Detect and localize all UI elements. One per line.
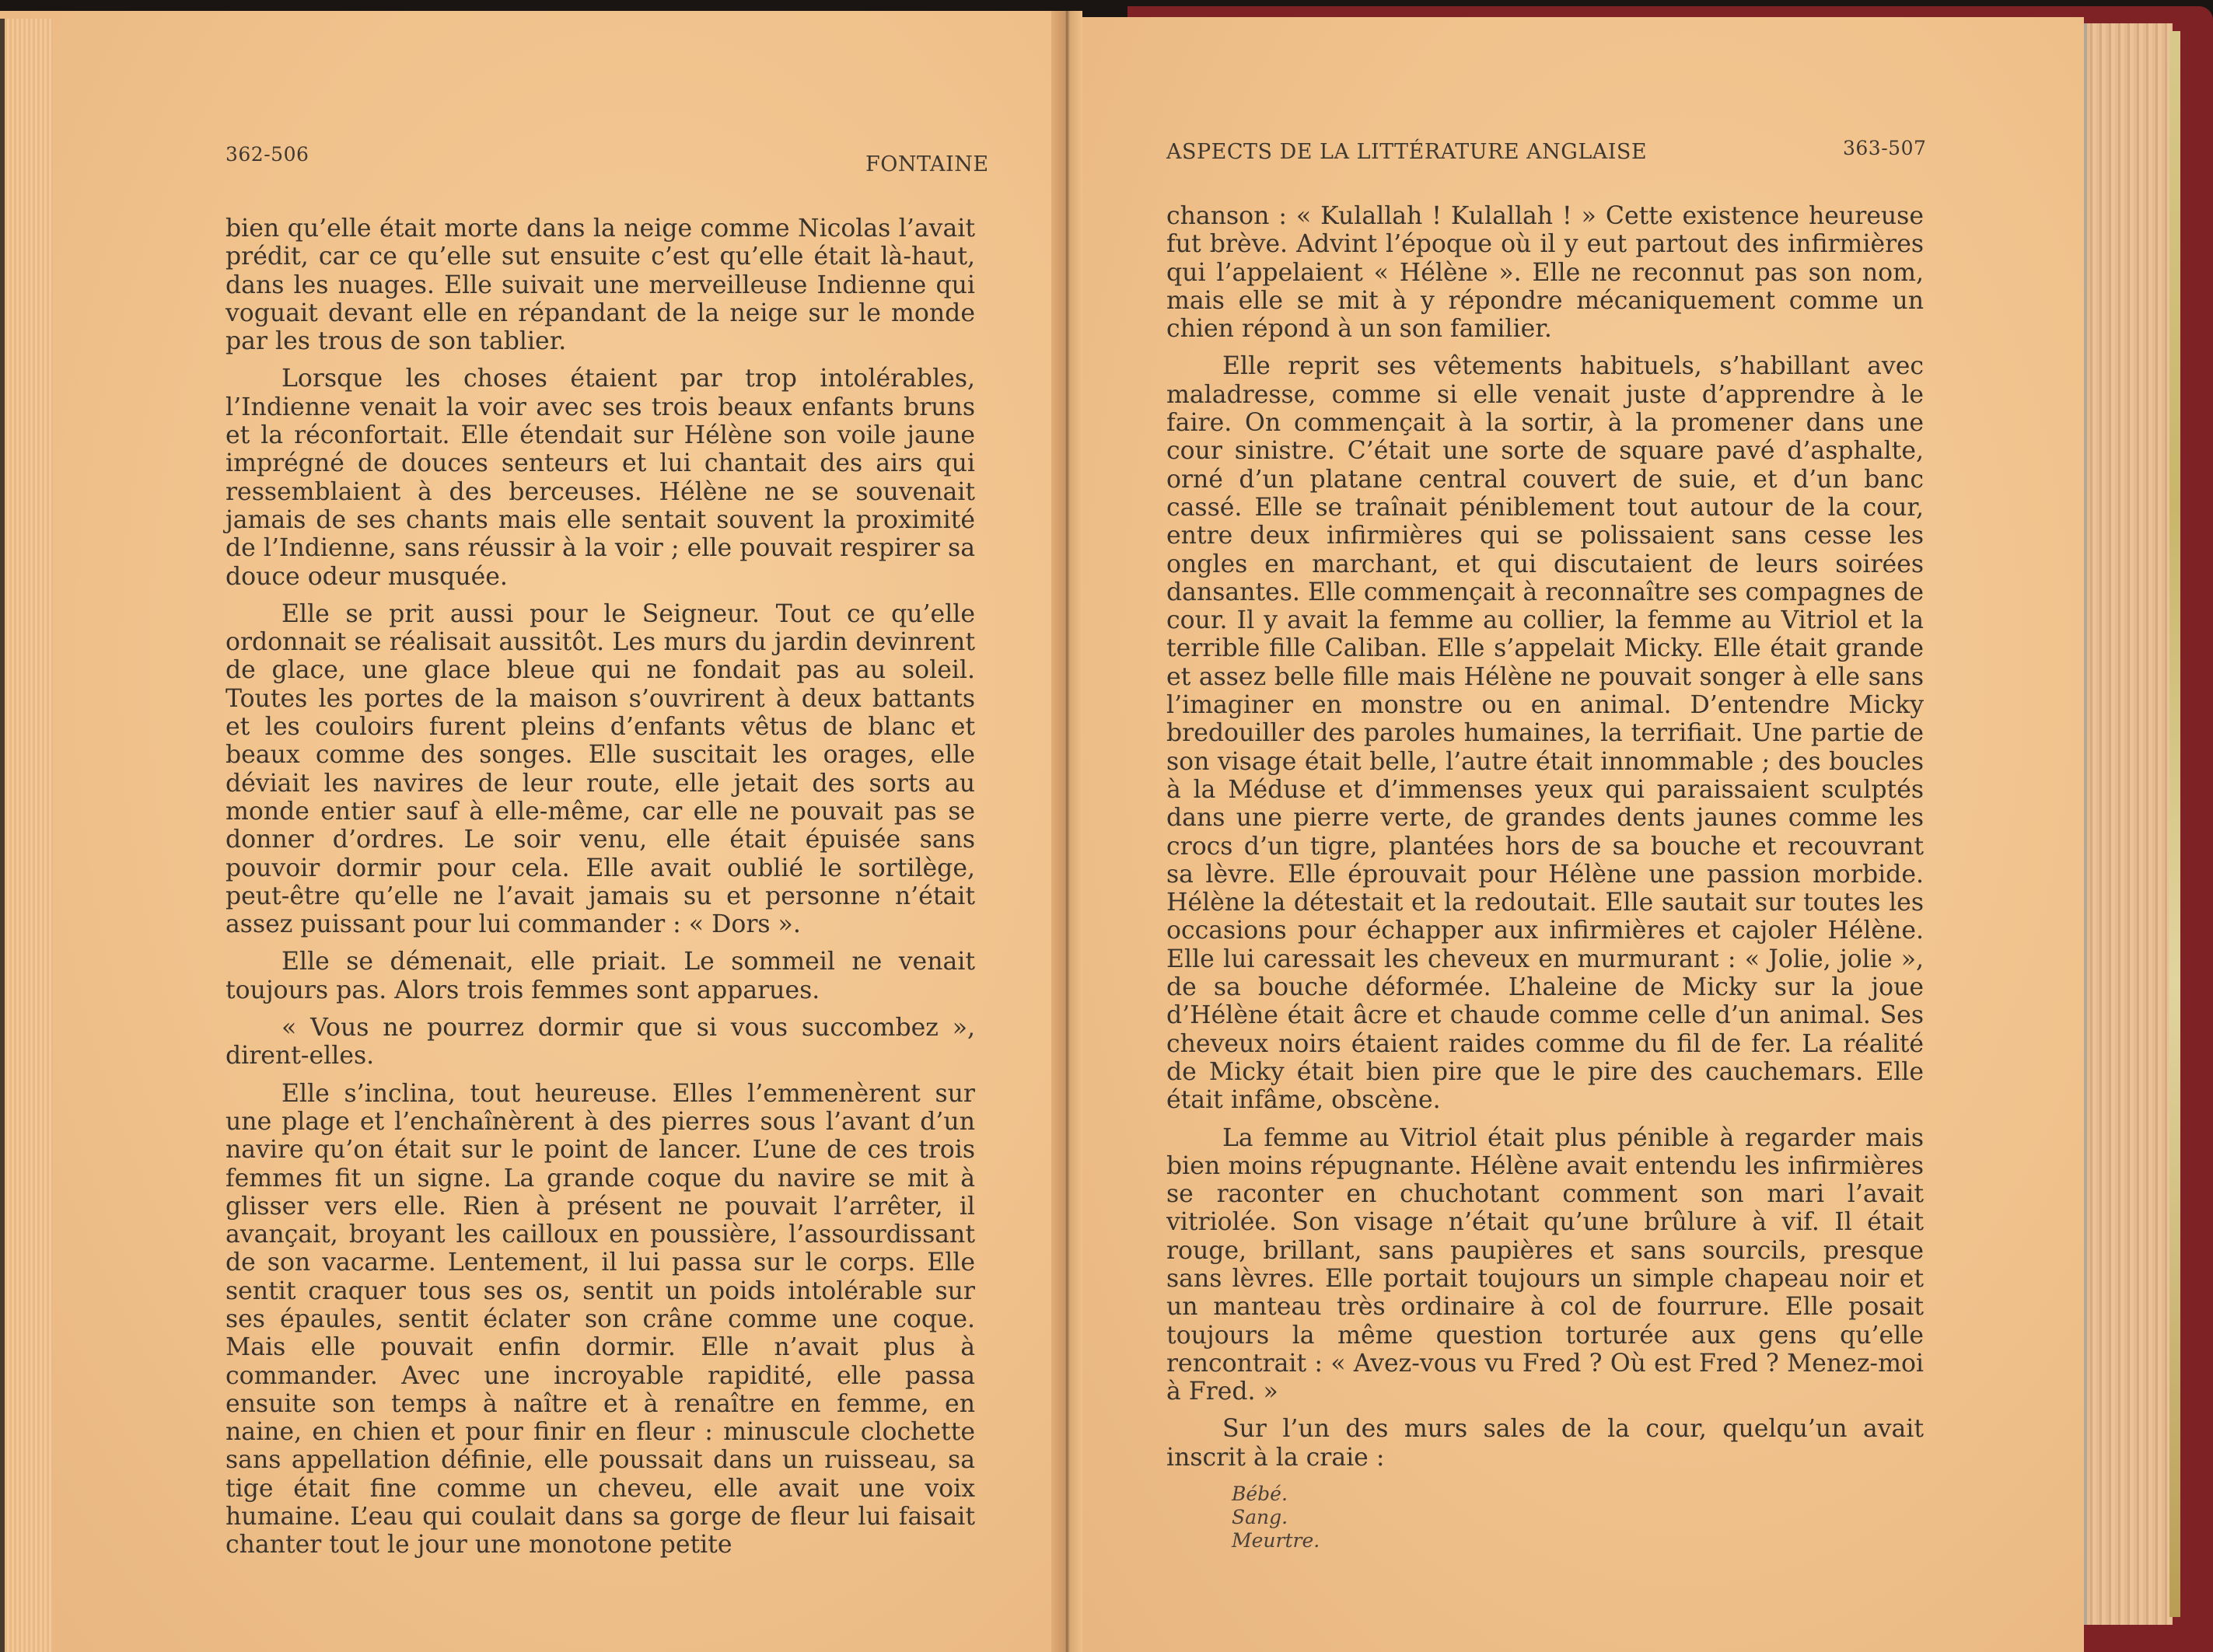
marbled-endpaper	[2169, 31, 2180, 1617]
right-page-body: chanson : « Kulallah ! Kulallah ! » Cett…	[1166, 202, 1924, 1552]
right-page-number: 363-507	[1843, 137, 1926, 159]
paragraph: Elle s’inclina, tout heureuse. Elles l’e…	[225, 1080, 975, 1559]
right-fore-edge	[2084, 23, 2173, 1625]
left-page-edges	[0, 19, 53, 1652]
chalk-line: Meurtre.	[1232, 1529, 1924, 1552]
book-gutter	[1051, 11, 1082, 1652]
paragraph: La femme au Vitriol était plus pénible à…	[1166, 1124, 1924, 1406]
paragraph: Elle se prit aussi pour le Seigneur. Tou…	[225, 600, 975, 939]
paragraph: bien qu’elle était morte dans la neige c…	[225, 215, 975, 355]
left-page-body: bien qu’elle était morte dans la neige c…	[225, 215, 975, 1559]
chalk-line: Bébé.	[1232, 1483, 1924, 1506]
paragraph: Elle se démenait, elle priait. Le sommei…	[225, 948, 975, 1004]
paragraph: Lorsque les choses étaient par trop into…	[225, 365, 975, 590]
left-running-head: FONTAINE	[865, 152, 989, 176]
paragraph: Sur l’un des murs sales de la cour, quel…	[1166, 1415, 1924, 1472]
chalk-inscription: Bébé. Sang. Meurtre.	[1232, 1483, 1924, 1552]
paragraph: Elle reprit ses vêtements habituels, s’h…	[1166, 352, 1924, 1114]
paragraph: chanson : « Kulallah ! Kulallah ! » Cett…	[1166, 202, 1924, 343]
left-page-number: 362-506	[225, 143, 309, 166]
right-running-head: ASPECTS DE LA LITTÉRATURE ANGLAISE	[1166, 140, 1647, 164]
paragraph: « Vous ne pourrez dormir que si vous suc…	[225, 1014, 975, 1070]
chalk-line: Sang.	[1232, 1506, 1924, 1529]
